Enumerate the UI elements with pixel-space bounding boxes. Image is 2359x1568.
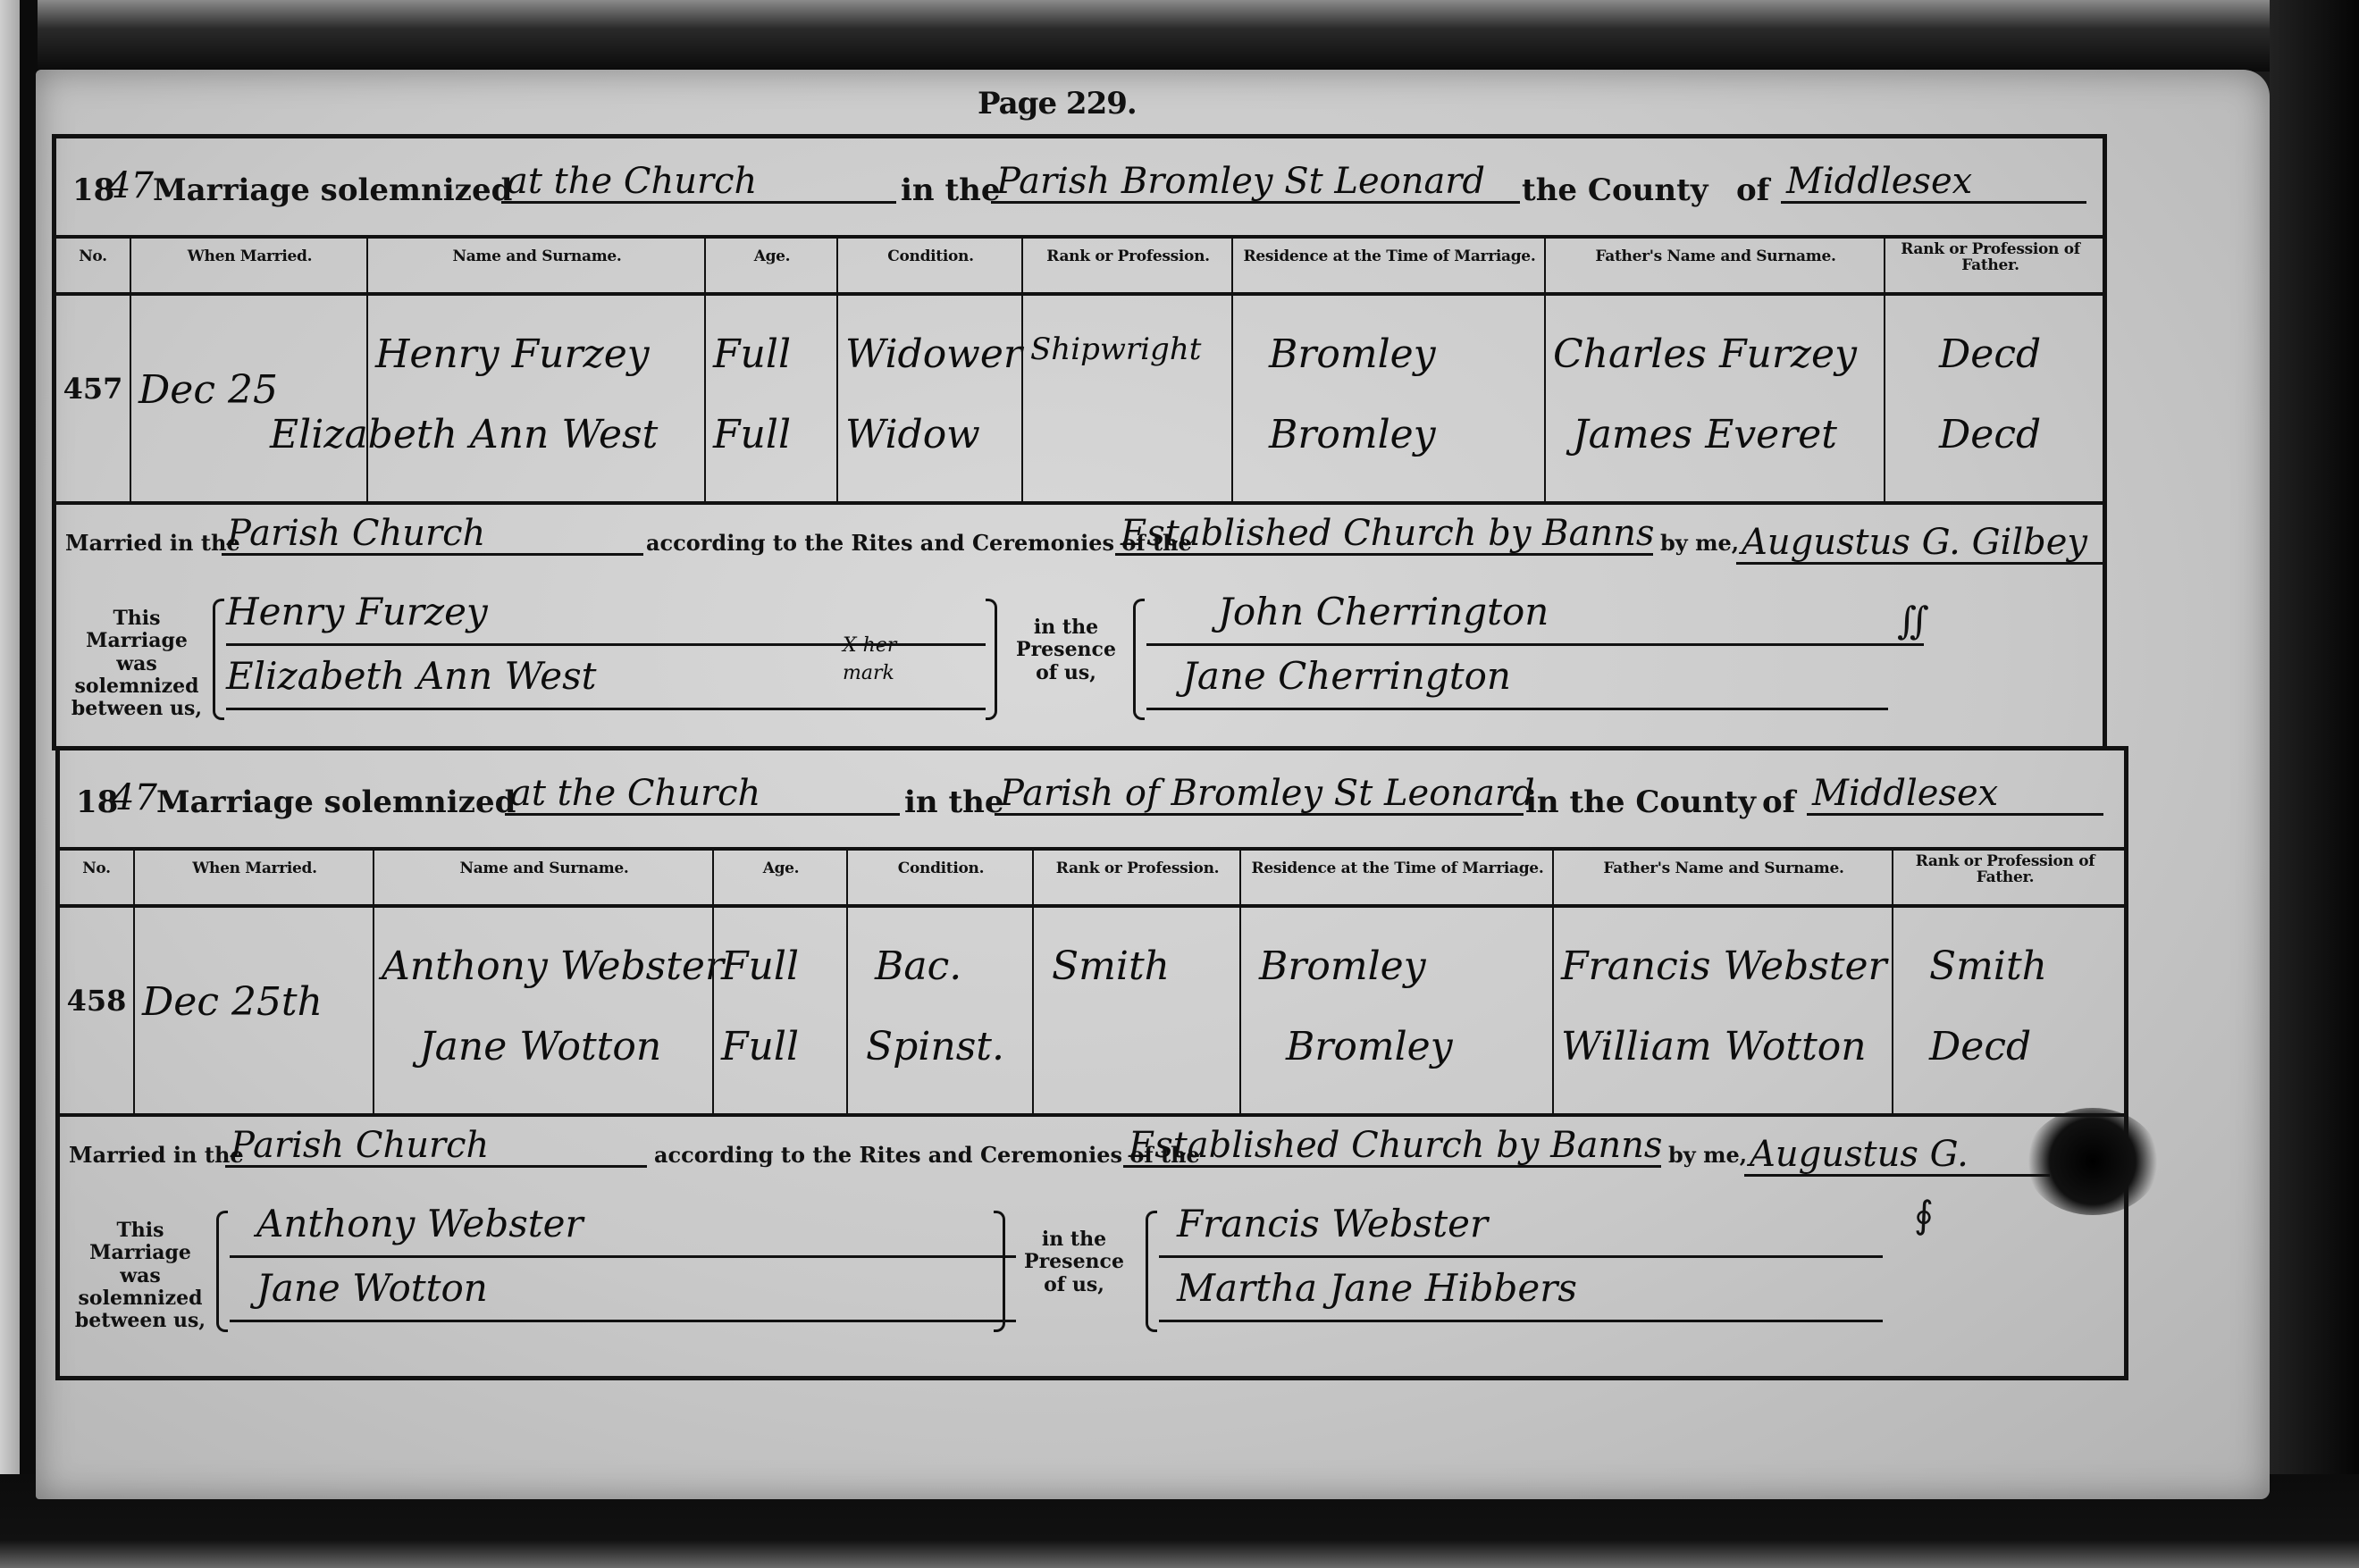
col-header-father-rank: Rank or Profession of Father. xyxy=(1885,242,2095,274)
county-field: Middlesex xyxy=(1781,164,2086,204)
witness-2-signature: Martha Jane Hibbers xyxy=(1159,1266,1883,1322)
in-the-label: in the xyxy=(901,172,1001,208)
county-label: the County xyxy=(1522,172,1708,208)
bride-age: Full xyxy=(713,412,835,457)
marriage-entry-458: 18 47 Marriage solemnized at the Church … xyxy=(55,746,2128,1380)
in-presence-label: in the Presence of us, xyxy=(1012,616,1120,684)
col-header-father: Father's Name and Surname. xyxy=(1546,249,1885,265)
married-in-label: Married in the xyxy=(69,1142,244,1168)
groom-father-name: Charles Furzey xyxy=(1553,331,1882,377)
groom-residence: Bromley xyxy=(1269,331,1542,377)
col-header-residence: Residence at the Time of Marriage. xyxy=(1233,249,1546,265)
col-header-father-rank: Rank or Profession of Father. xyxy=(1893,854,2117,886)
married-in-label: Married in the xyxy=(65,530,240,556)
col-header-father: Father's Name and Surname. xyxy=(1554,861,1893,877)
groom-condition: Widower xyxy=(845,331,1020,377)
column-headers: No. When Married. Name and Surname. Age.… xyxy=(60,851,2124,908)
married-in-field: Parish Church xyxy=(225,1128,647,1168)
marriage-solemnized-label: Marriage solemnized xyxy=(153,172,512,208)
bride-father-name: William Wotton xyxy=(1561,1024,1890,1069)
signatures-section: This Marriage was solemnized between us,… xyxy=(56,581,2103,737)
col-header-no: No. xyxy=(60,861,133,877)
bride-name: Elizabeth Ann West xyxy=(270,412,702,457)
groom-rank: Shipwright xyxy=(1030,331,1230,367)
left-brace xyxy=(213,599,224,720)
by-me-label: by me, xyxy=(1660,530,1739,556)
col-header-name: Name and Surname. xyxy=(368,249,706,265)
col-header-no: No. xyxy=(56,249,130,265)
in-presence-label: in the Presence of us, xyxy=(1020,1228,1128,1296)
groom-condition: Bac. xyxy=(875,943,1030,989)
col-header-age: Age. xyxy=(714,861,848,877)
scan-right-edge xyxy=(2270,0,2359,1568)
rites-row: Married in the Parish Church according t… xyxy=(56,505,2103,576)
bride-signature: Jane Wotton xyxy=(230,1266,1016,1322)
rites-row: Married in the Parish Church according t… xyxy=(60,1117,2124,1188)
this-marriage-label: This Marriage was solemnized between us, xyxy=(65,608,208,720)
solemnized-at-field: at the Church xyxy=(505,776,900,816)
bride-father-name: James Everet xyxy=(1573,412,1882,457)
col-header-rank: Rank or Profession. xyxy=(1034,861,1241,877)
col-header-name: Name and Surname. xyxy=(374,861,714,877)
year-suffix: 47 xyxy=(112,777,157,818)
entry-title-row: 18 47 Marriage solemnized at the Church … xyxy=(56,138,2103,239)
flourish-icon: ∮ xyxy=(1914,1193,1934,1237)
page-number: Page 229. xyxy=(978,86,1137,122)
when-married: Dec 25 xyxy=(139,367,365,413)
marriage-entry-457: 18 47 Marriage solemnized at the Church … xyxy=(52,134,2107,750)
column-headers: No. When Married. Name and Surname. Age.… xyxy=(56,239,2103,296)
left-brace xyxy=(216,1211,228,1332)
county-field: Middlesex xyxy=(1807,776,2103,816)
marriage-solemnized-label: Marriage solemnized xyxy=(156,784,516,820)
groom-age: Full xyxy=(721,943,844,989)
groom-age: Full xyxy=(713,331,835,377)
groom-name: Anthony Webster xyxy=(382,943,710,989)
entry-title-row: 18 47 Marriage solemnized at the Church … xyxy=(60,750,2124,851)
parish-field: Parish of Bromley St Leonard xyxy=(995,776,1524,816)
groom-father-rank: Decd xyxy=(1939,331,2092,377)
right-brace xyxy=(986,599,997,720)
witness-1-signature: Francis Webster xyxy=(1159,1202,1883,1258)
bride-residence: Bromley xyxy=(1286,1024,1550,1069)
book-spine xyxy=(20,0,38,1568)
previous-page-edge xyxy=(0,0,20,1568)
groom-residence: Bromley xyxy=(1259,943,1550,989)
entry-number: 458 xyxy=(60,984,133,1018)
groom-signature: Anthony Webster xyxy=(230,1202,1016,1258)
col-header-when: When Married. xyxy=(135,861,374,877)
bride-father-rank: Decd xyxy=(1929,1024,2113,1069)
county-label: in the County xyxy=(1525,784,1756,820)
groom-name: Henry Furzey xyxy=(375,331,702,377)
bride-condition: Widow xyxy=(845,412,1020,457)
entry-data-row: 457 Dec 25 Henry Furzey Elizabeth Ann We… xyxy=(56,296,2103,505)
of-label: of xyxy=(1736,172,1769,208)
witness-brace xyxy=(1133,599,1145,720)
married-in-field: Parish Church xyxy=(222,516,643,556)
by-me-label: by me, xyxy=(1668,1142,1747,1168)
bride-condition: Spinst. xyxy=(866,1024,1030,1069)
bride-age: Full xyxy=(721,1024,844,1069)
rites-field: Established Church by Banns xyxy=(1115,516,1653,556)
witness-2-signature: Jane Cherrington xyxy=(1146,654,1888,710)
of-label: of xyxy=(1762,784,1795,820)
bride-father-rank: Decd xyxy=(1939,412,2092,457)
year-suffix: 47 xyxy=(108,165,154,206)
witness-1-signature: John Cherrington xyxy=(1146,590,1924,646)
groom-rank: Smith xyxy=(1052,943,1238,989)
parish-field: Parish Bromley St Leonard xyxy=(991,164,1520,204)
officiant-field: Augustus G. Gilbey xyxy=(1736,524,2104,565)
col-header-rank: Rank or Profession. xyxy=(1023,249,1233,265)
solemnized-at-field: at the Church xyxy=(501,164,896,204)
groom-father-name: Francis Webster xyxy=(1561,943,1890,989)
col-header-when: When Married. xyxy=(131,249,368,265)
col-header-condition: Condition. xyxy=(848,861,1034,877)
rites-label: according to the Rites and Ceremonies of… xyxy=(646,530,1192,556)
bride-residence: Bromley xyxy=(1269,412,1542,457)
groom-father-rank: Smith xyxy=(1929,943,2113,989)
entry-number: 457 xyxy=(56,372,130,406)
rites-label: according to the Rites and Ceremonies of… xyxy=(654,1142,1200,1168)
officiant-field: Augustus G. xyxy=(1744,1136,2050,1177)
bride-name: Jane Wotton xyxy=(419,1024,710,1069)
witness-brace xyxy=(1146,1211,1157,1332)
scan-top-edge xyxy=(0,0,2359,71)
col-header-condition: Condition. xyxy=(838,249,1023,265)
col-header-age: Age. xyxy=(706,249,838,265)
signatures-section: This Marriage was solemnized between us,… xyxy=(60,1193,2124,1349)
in-the-label: in the xyxy=(904,784,1004,820)
entry-data-row: 458 Dec 25th Anthony Webster Jane Wotton… xyxy=(60,908,2124,1117)
bride-mark: X her mark xyxy=(843,633,932,688)
when-married: Dec 25th xyxy=(142,979,371,1025)
rites-field: Established Church by Banns xyxy=(1123,1128,1661,1168)
flourish-icon: ∬ xyxy=(1897,599,1929,642)
col-header-residence: Residence at the Time of Marriage. xyxy=(1241,861,1554,877)
right-brace xyxy=(994,1211,1005,1332)
this-marriage-label: This Marriage was solemnized between us, xyxy=(69,1220,212,1332)
